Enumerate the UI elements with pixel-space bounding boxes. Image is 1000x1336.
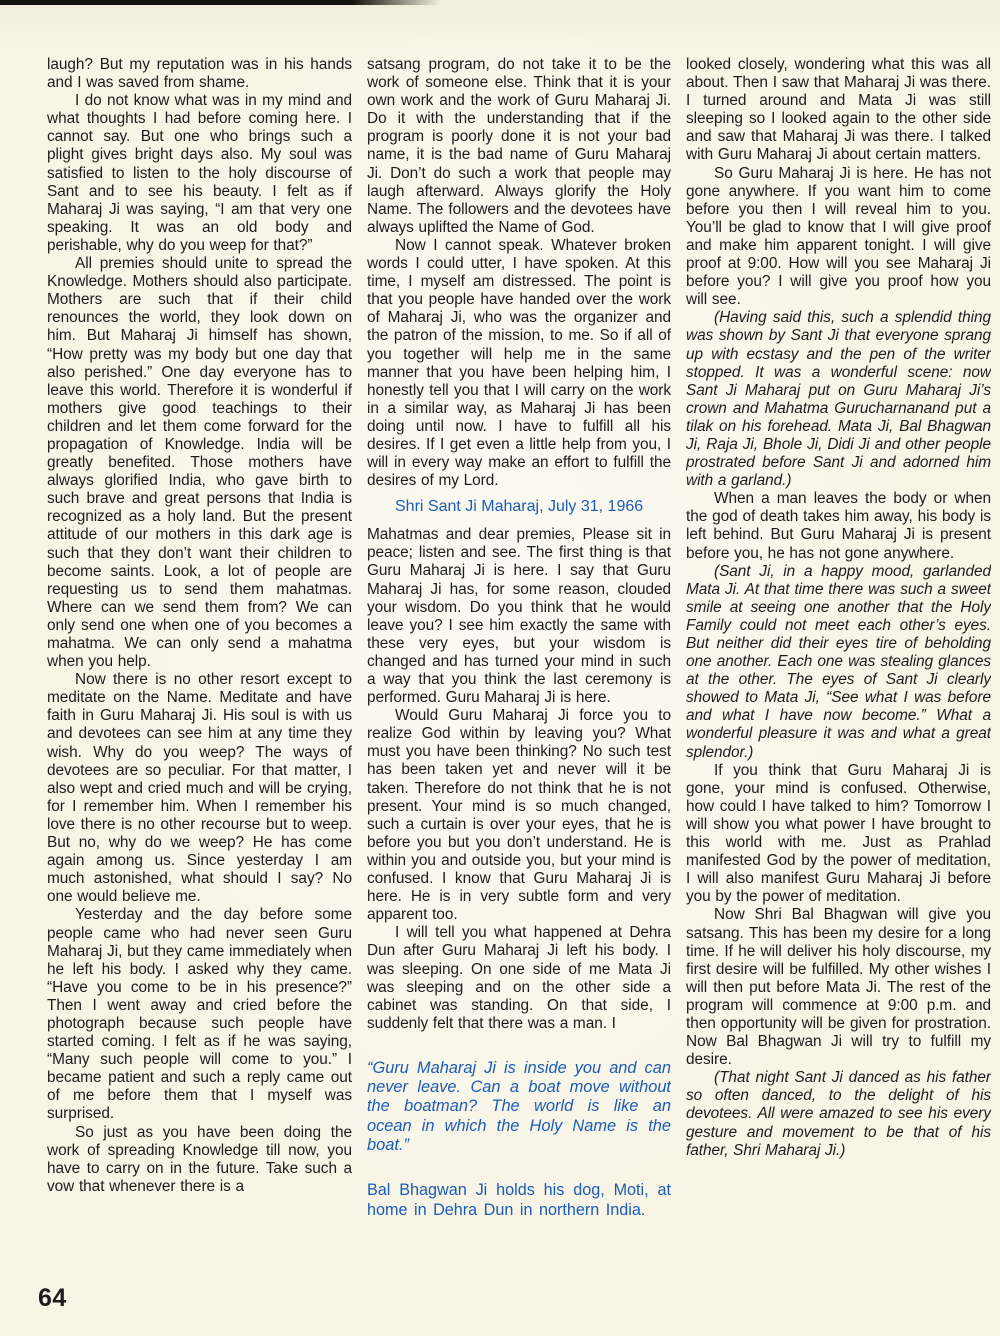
paragraph: looked closely, wondering what this was … [686, 56, 991, 165]
paragraph: Now I cannot speak. Whatever broken word… [367, 237, 671, 490]
paragraph: All premies should unite to spread the K… [47, 255, 352, 671]
text-columns: laugh? But my reputation was in his hand… [47, 56, 991, 1306]
page-number: 64 [38, 1284, 67, 1313]
paragraph: So Guru Maharaj Ji is here. He has not g… [686, 165, 991, 310]
paragraph: When a man leaves the body or when the g… [686, 490, 991, 562]
paragraph: satsang program, do not take it to be th… [367, 56, 671, 237]
column-1: laugh? But my reputation was in his hand… [47, 56, 352, 1306]
pull-quote: “Guru Maharaj Ji is inside you and can n… [367, 1059, 671, 1155]
scan-edge-artifact [0, 0, 440, 5]
paragraph: I do not know what was in my mind and wh… [47, 92, 352, 255]
magazine-page: laugh? But my reputation was in his hand… [0, 0, 1000, 1336]
column-3: looked closely, wondering what this was … [686, 56, 991, 1306]
paragraph: Yesterday and the day before some people… [47, 906, 352, 1123]
paragraph: (Having said this, such a splendid thing… [686, 309, 991, 490]
attribution-heading: Shri Sant Ji Maharaj, July 31, 1966 [367, 498, 671, 516]
paragraph: (Sant Ji, in a happy mood, garlanded Mat… [686, 563, 991, 762]
paragraph: (That night Sant Ji danced as his father… [686, 1069, 991, 1159]
paragraph: Would Guru Maharaj Ji force you to reali… [367, 707, 671, 924]
paragraph: So just as you have been doing the work … [47, 1124, 352, 1196]
paragraph: I will tell you what happened at Dehra D… [367, 924, 671, 1033]
photo-caption: Bal Bhagwan Ji holds his dog, Moti, at h… [367, 1181, 671, 1220]
paragraph: If you think that Guru Maharaj Ji is gon… [686, 762, 991, 907]
paragraph: Mahatmas and dear premies, Please sit in… [367, 526, 671, 707]
paragraph: Now Shri Bal Bhagwan will give you satsa… [686, 906, 991, 1069]
paragraph: laugh? But my reputation was in his hand… [47, 56, 352, 92]
paragraph: Now there is no other resort except to m… [47, 671, 352, 906]
column-2: satsang program, do not take it to be th… [367, 56, 671, 1306]
